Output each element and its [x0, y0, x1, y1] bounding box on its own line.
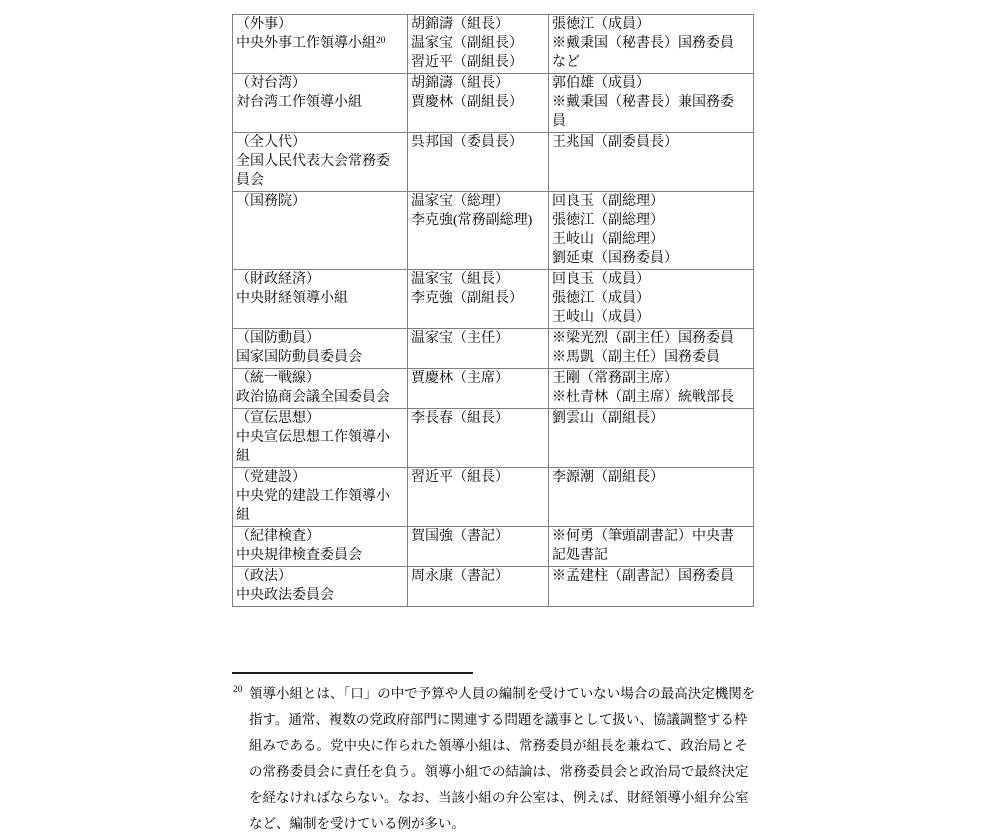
member-line: 王岐山（副総理）: [552, 230, 751, 249]
leader-line: 習近平（副組長）: [411, 53, 546, 72]
member-line: など: [552, 53, 751, 72]
org-name-line: 中央規律検査委員会: [236, 546, 405, 565]
leader-line: 周永康（書記）: [411, 567, 546, 586]
leader-line: 習近平（組長）: [411, 468, 546, 487]
members-cell: 郭伯雄（成員）※戴秉国（秘書長）兼国務委員: [549, 74, 754, 133]
org-footnote-ref: 20: [376, 36, 386, 46]
leader-cell: 李長春（組長）: [408, 409, 549, 468]
member-line: ※馬凱（副主任）国務委員: [552, 348, 751, 367]
leader-line: 温家宝（総理）: [411, 192, 546, 211]
footnote-marker: 20: [233, 686, 243, 696]
leader-line: 賀国強（書記）: [411, 527, 546, 546]
org-name-line: 中央政法委員会: [236, 586, 405, 605]
leader-cell: 温家宝（総理）李克強(常務副総理): [408, 192, 549, 270]
category-label: （統一戦線）: [236, 369, 405, 388]
org-cell: （統一戦線）政治協商会議全国委員会: [233, 369, 408, 409]
category-label: （国防動員）: [236, 329, 405, 348]
org-name-line: 対台湾工作領導小組: [236, 93, 405, 112]
leader-cell: 呉邦国（委員長）: [408, 133, 549, 192]
leadership-table: （外事）中央外事工作領導小組20胡錦濤（組長）温家宝（副組長）習近平（副組長）張…: [232, 14, 754, 607]
member-line: ※戴秉国（秘書長）兼国務委: [552, 93, 751, 112]
leader-cell: 温家宝（主任）: [408, 329, 549, 369]
leader-cell: 周永康（書記）: [408, 567, 549, 607]
table-row: （党建設）中央党的建設工作領導小組習近平（組長）李源潮（副組長）: [233, 468, 754, 527]
org-name-line: 政治協商会議全国委員会: [236, 388, 405, 407]
member-line: 王剛（常務副主席）: [552, 369, 751, 388]
footnote-text: 20 領導小組とは、「口」の中で予算や人員の編制を受けていない場合の最高決定機関…: [232, 681, 755, 833]
org-cell: （全人代）全国人民代表大会常務委員会: [233, 133, 408, 192]
members-cell: 張徳江（成員）※戴秉国（秘書長）国務委員など: [549, 15, 754, 74]
member-line: 劉雲山（副組長）: [552, 409, 751, 428]
org-name-line: 中央財経領導小組: [236, 289, 405, 308]
member-line: 王岐山（成員）: [552, 308, 751, 327]
category-label: （政法）: [236, 567, 405, 586]
category-label: （対台湾）: [236, 74, 405, 93]
footnote-line: の常務委員会に責任を負う。領導小組での結論は、常務委員会と政治局で最終決定: [249, 759, 755, 785]
leader-cell: 賈慶林（主席）: [408, 369, 549, 409]
org-name-line: 員会: [236, 171, 405, 190]
member-line: 王兆国（副委員長）: [552, 133, 751, 152]
member-line: ※何勇（筆頭副書記）中央書: [552, 527, 751, 546]
members-cell: 王兆国（副委員長）: [549, 133, 754, 192]
org-name-line: 全国人民代表大会常務委: [236, 152, 405, 171]
org-cell: （宣伝思想）中央宣伝思想工作領導小組: [233, 409, 408, 468]
category-label: （財政経済）: [236, 270, 405, 289]
org-name-line: 組: [236, 506, 405, 525]
org-cell: （財政経済）中央財経領導小組: [233, 270, 408, 329]
document-page: （外事）中央外事工作領導小組20胡錦濤（組長）温家宝（副組長）習近平（副組長）張…: [0, 0, 982, 833]
member-line: 記処書記: [552, 546, 751, 565]
member-line: 回良玉（成員）: [552, 270, 751, 289]
members-cell: 回良玉（成員）張徳江（成員）王岐山（成員）: [549, 270, 754, 329]
member-line: 張徳江（成員）: [552, 289, 751, 308]
leader-line: 李克強（副組長）: [411, 289, 546, 308]
footnote-line: など、編制を受けている例が多い。: [249, 811, 755, 833]
footnote-separator: [232, 672, 473, 674]
member-line: 張徳江（成員）: [552, 15, 751, 34]
table-row: （国防動員）国家国防動員委員会温家宝（主任）※梁光烈（副主任）国務委員※馬凱（副…: [233, 329, 754, 369]
org-cell: （対台湾）対台湾工作領導小組: [233, 74, 408, 133]
category-label: （宣伝思想）: [236, 409, 405, 428]
member-line: 張徳江（副総理）: [552, 211, 751, 230]
org-cell: （外事）中央外事工作領導小組20: [233, 15, 408, 74]
table-row: （国務院）温家宝（総理）李克強(常務副総理)回良玉（副総理）張徳江（副総理）王岐…: [233, 192, 754, 270]
leader-cell: 胡錦濤（組長）温家宝（副組長）習近平（副組長）: [408, 15, 549, 74]
table-row: （全人代）全国人民代表大会常務委員会呉邦国（委員長）王兆国（副委員長）: [233, 133, 754, 192]
leader-line: 賈慶林（副組長）: [411, 93, 546, 112]
members-cell: 李源潮（副組長）: [549, 468, 754, 527]
org-cell: （国防動員）国家国防動員委員会: [233, 329, 408, 369]
table-row: （宣伝思想）中央宣伝思想工作領導小組李長春（組長）劉雲山（副組長）: [233, 409, 754, 468]
leader-line: 李克強(常務副総理): [411, 211, 546, 230]
leader-line: 胡錦濤（組長）: [411, 74, 546, 93]
leader-line: 呉邦国（委員長）: [411, 133, 546, 152]
category-label: （国務院）: [236, 192, 405, 211]
leader-line: 温家宝（主任）: [411, 329, 546, 348]
member-line: ※孟建柱（副書記）国務委員: [552, 567, 751, 586]
leader-line: 賈慶林（主席）: [411, 369, 546, 388]
org-cell: （党建設）中央党的建設工作領導小組: [233, 468, 408, 527]
footnote-line: を経なければならない。なお、当該小組の弁公室は、例えば、財経領導小組弁公室: [249, 785, 755, 811]
org-name-line: 中央外事工作領導小組20: [236, 34, 405, 53]
org-name-line: 組: [236, 447, 405, 466]
member-line: 員: [552, 112, 751, 131]
member-line: ※戴秉国（秘書長）国務委員: [552, 34, 751, 53]
member-line: ※杜青林（副主席）統戦部長: [552, 388, 751, 407]
leader-cell: 賀国強（書記）: [408, 527, 549, 567]
category-label: （外事）: [236, 15, 405, 34]
members-cell: 回良玉（副総理）張徳江（副総理）王岐山（副総理）劉延東（国務委員）: [549, 192, 754, 270]
leader-line: 温家宝（副組長）: [411, 34, 546, 53]
members-cell: 王剛（常務副主席）※杜青林（副主席）統戦部長: [549, 369, 754, 409]
org-name-line: 中央宣伝思想工作領導小: [236, 428, 405, 447]
members-cell: 劉雲山（副組長）: [549, 409, 754, 468]
leader-cell: 胡錦濤（組長）賈慶林（副組長）: [408, 74, 549, 133]
table-row: （統一戦線）政治協商会議全国委員会賈慶林（主席）王剛（常務副主席）※杜青林（副主…: [233, 369, 754, 409]
leader-line: 胡錦濤（組長）: [411, 15, 546, 34]
member-line: ※梁光烈（副主任）国務委員: [552, 329, 751, 348]
org-name-line: 国家国防動員委員会: [236, 348, 405, 367]
table-row: （紀律検査）中央規律検査委員会賀国強（書記）※何勇（筆頭副書記）中央書記処書記: [233, 527, 754, 567]
category-label: （紀律検査）: [236, 527, 405, 546]
footnote: 20 領導小組とは、「口」の中で予算や人員の編制を受けていない場合の最高決定機関…: [232, 672, 755, 833]
footnote-line: 指す。通常、複数の党政府部門に関連する問題を議事として扱い、協議調整する枠: [249, 707, 755, 733]
members-cell: ※梁光烈（副主任）国務委員※馬凱（副主任）国務委員: [549, 329, 754, 369]
leader-cell: 温家宝（組長）李克強（副組長）: [408, 270, 549, 329]
org-cell: （紀律検査）中央規律検査委員会: [233, 527, 408, 567]
leader-cell: 習近平（組長）: [408, 468, 549, 527]
footnote-line: 領導小組とは、「口」の中で予算や人員の編制を受けていない場合の最高決定機関を: [249, 681, 755, 707]
org-name-line: 中央党的建設工作領導小: [236, 487, 405, 506]
leader-line: 温家宝（組長）: [411, 270, 546, 289]
table-row: （財政経済）中央財経領導小組温家宝（組長）李克強（副組長）回良玉（成員）張徳江（…: [233, 270, 754, 329]
table-row: （対台湾）対台湾工作領導小組胡錦濤（組長）賈慶林（副組長）郭伯雄（成員）※戴秉国…: [233, 74, 754, 133]
member-line: 劉延東（国務委員）: [552, 249, 751, 268]
leadership-table-body: （外事）中央外事工作領導小組20胡錦濤（組長）温家宝（副組長）習近平（副組長）張…: [233, 15, 754, 607]
footnote-line: 組みである。党中央に作られた領導小組は、常務委員が組長を兼ねて、政治局とそ: [249, 733, 755, 759]
org-cell: （国務院）: [233, 192, 408, 270]
footnote-lines: 領導小組とは、「口」の中で予算や人員の編制を受けていない場合の最高決定機関を指す…: [249, 681, 755, 833]
table-row: （外事）中央外事工作領導小組20胡錦濤（組長）温家宝（副組長）習近平（副組長）張…: [233, 15, 754, 74]
member-line: 回良玉（副総理）: [552, 192, 751, 211]
members-cell: ※孟建柱（副書記）国務委員: [549, 567, 754, 607]
member-line: 郭伯雄（成員）: [552, 74, 751, 93]
leader-line: 李長春（組長）: [411, 409, 546, 428]
category-label: （全人代）: [236, 133, 405, 152]
members-cell: ※何勇（筆頭副書記）中央書記処書記: [549, 527, 754, 567]
org-cell: （政法）中央政法委員会: [233, 567, 408, 607]
category-label: （党建設）: [236, 468, 405, 487]
table-row: （政法）中央政法委員会周永康（書記）※孟建柱（副書記）国務委員: [233, 567, 754, 607]
member-line: 李源潮（副組長）: [552, 468, 751, 487]
